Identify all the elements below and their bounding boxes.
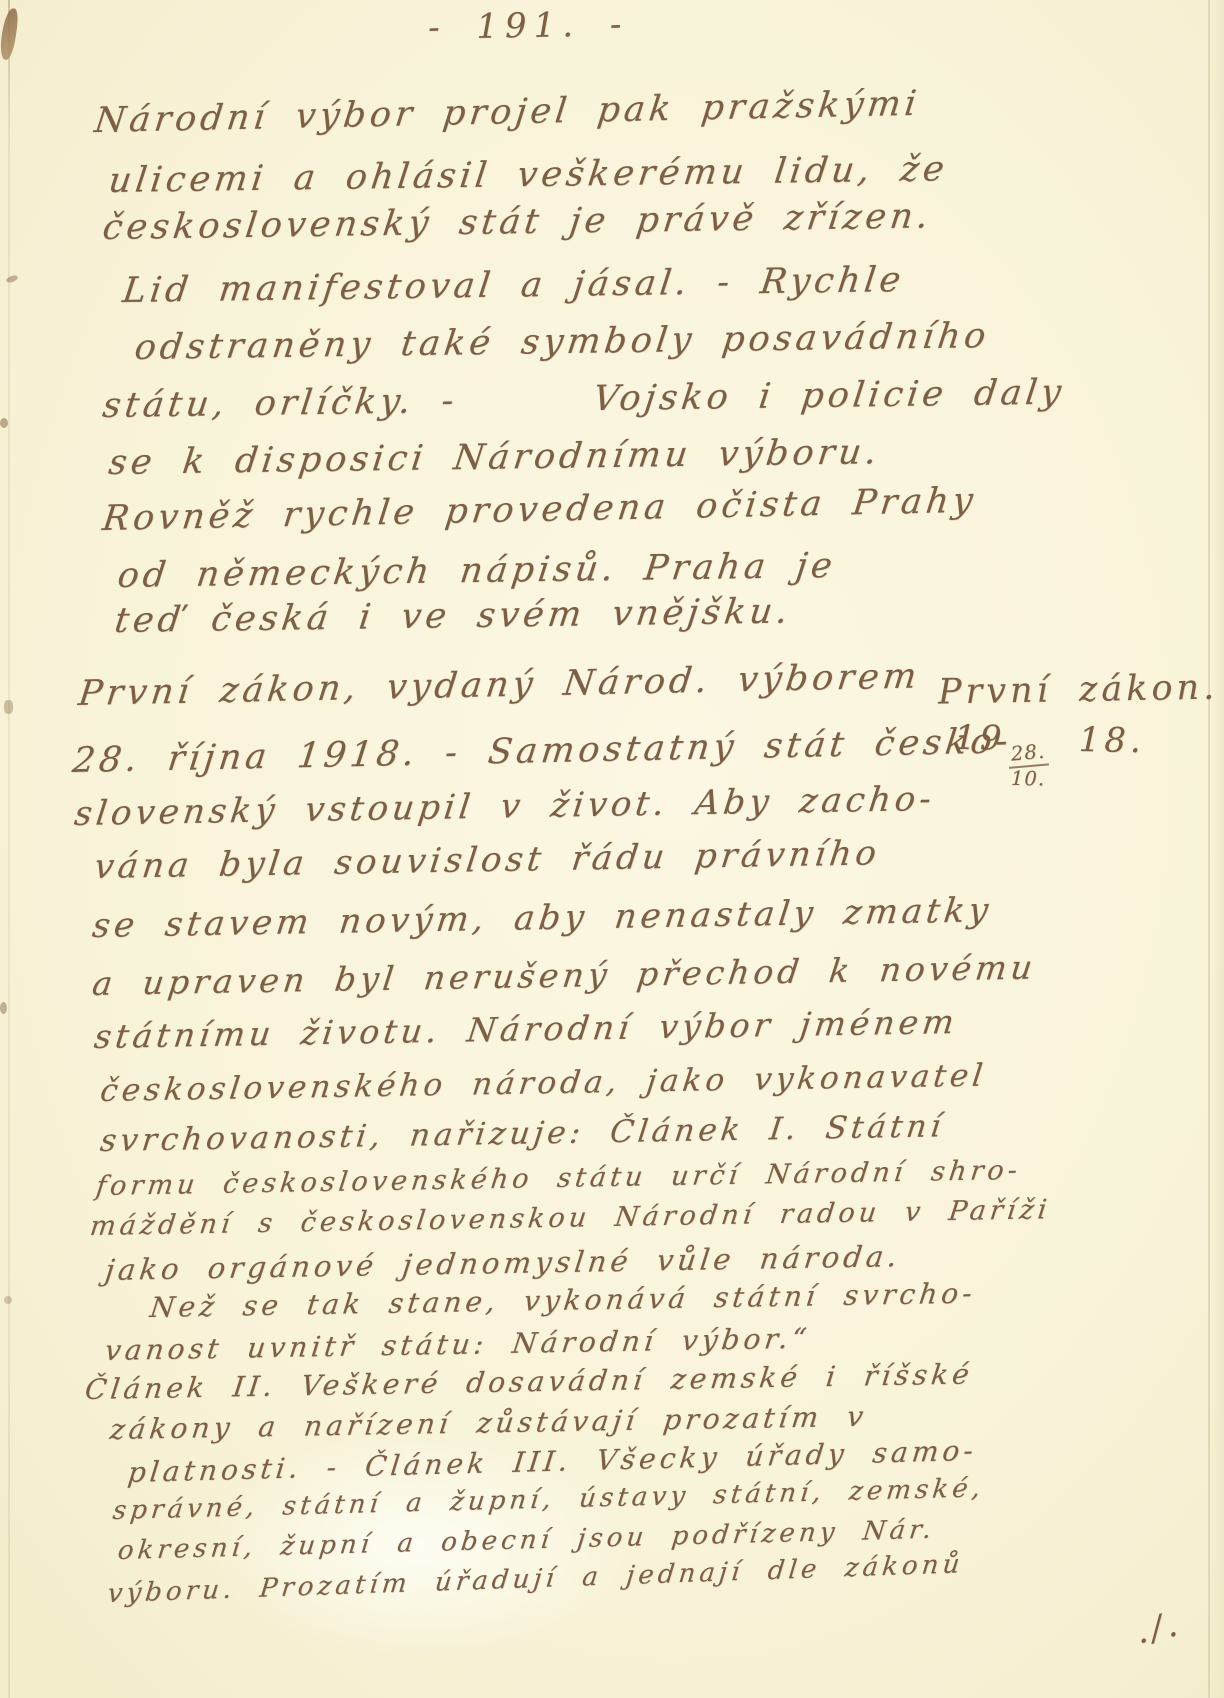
manuscript-line: svrchovanosti, nařizuje: Článek I. Státn… <box>98 1107 947 1160</box>
manuscript-line: se k disposici Národnímu výboru. <box>106 431 883 485</box>
margin-note-title: První zákon. <box>938 668 1219 713</box>
date-fraction: 28.10. <box>1008 743 1049 789</box>
manuscript-line: odstraněny také symboly posavádního <box>132 315 992 371</box>
binding-mark <box>0 1002 7 1014</box>
manuscript-line: státu, orlíčky. - Vojsko i policie daly <box>100 372 1067 429</box>
manuscript-line: státnímu životu. Národní výbor jménem <box>92 1001 960 1057</box>
date-year-suffix: 18. <box>1052 720 1146 762</box>
manuscript-line: vána byla souvislost řádu právního <box>92 832 883 888</box>
manuscript-line: a upraven byl nerušený přechod k novému <box>90 947 1039 1005</box>
manuscript-line: Lid manifestoval a jásal. - Rychle <box>120 259 907 314</box>
manuscript-page: - 191. - Národní výbor projel pak pražsk… <box>0 0 1224 1698</box>
page-number: - 191. - <box>428 4 629 47</box>
manuscript-line: teď česká i ve svém vnějšku. <box>112 591 794 644</box>
binding-mark <box>4 700 13 714</box>
manuscript-line: československý stát je právě zřízen. <box>100 195 935 250</box>
manuscript-line: slovenský vstoupil v život. Aby zacho- <box>72 778 937 835</box>
page-fold-line <box>8 0 10 1698</box>
page-edge-line <box>1208 0 1210 1698</box>
manuscript-line: 28. října 1918. - Samostatný stát česko- <box>70 720 1014 783</box>
manuscript-line: Rovněž rychle provedena očista Prahy <box>100 480 979 542</box>
manuscript-line: Národní výbor projel pak pražskými <box>92 83 922 144</box>
date-year-prefix: 19 <box>954 718 1006 759</box>
date-day: 28. <box>1007 741 1049 768</box>
date-month: 10. <box>1011 766 1046 788</box>
margin-note: První zákon. 1928.10. 18. <box>938 670 1218 789</box>
binding-mark <box>0 7 20 60</box>
manuscript-line: ulicemi a ohlásil veškerému lidu, že <box>106 148 950 203</box>
margin-note-date: 1928.10. 18. <box>937 718 1218 792</box>
page-edge-shade <box>1210 0 1224 1698</box>
continuation-mark: ./. <box>1132 1604 1184 1652</box>
manuscript-line: československého národa, jako vykonavate… <box>98 1057 989 1111</box>
manuscript-line: se stavem novým, aby nenastaly zmatky <box>90 889 994 947</box>
binding-mark <box>0 418 8 428</box>
binding-mark <box>4 1296 12 1304</box>
manuscript-line: První zákon, vydaný Národ. výborem <box>76 655 923 716</box>
